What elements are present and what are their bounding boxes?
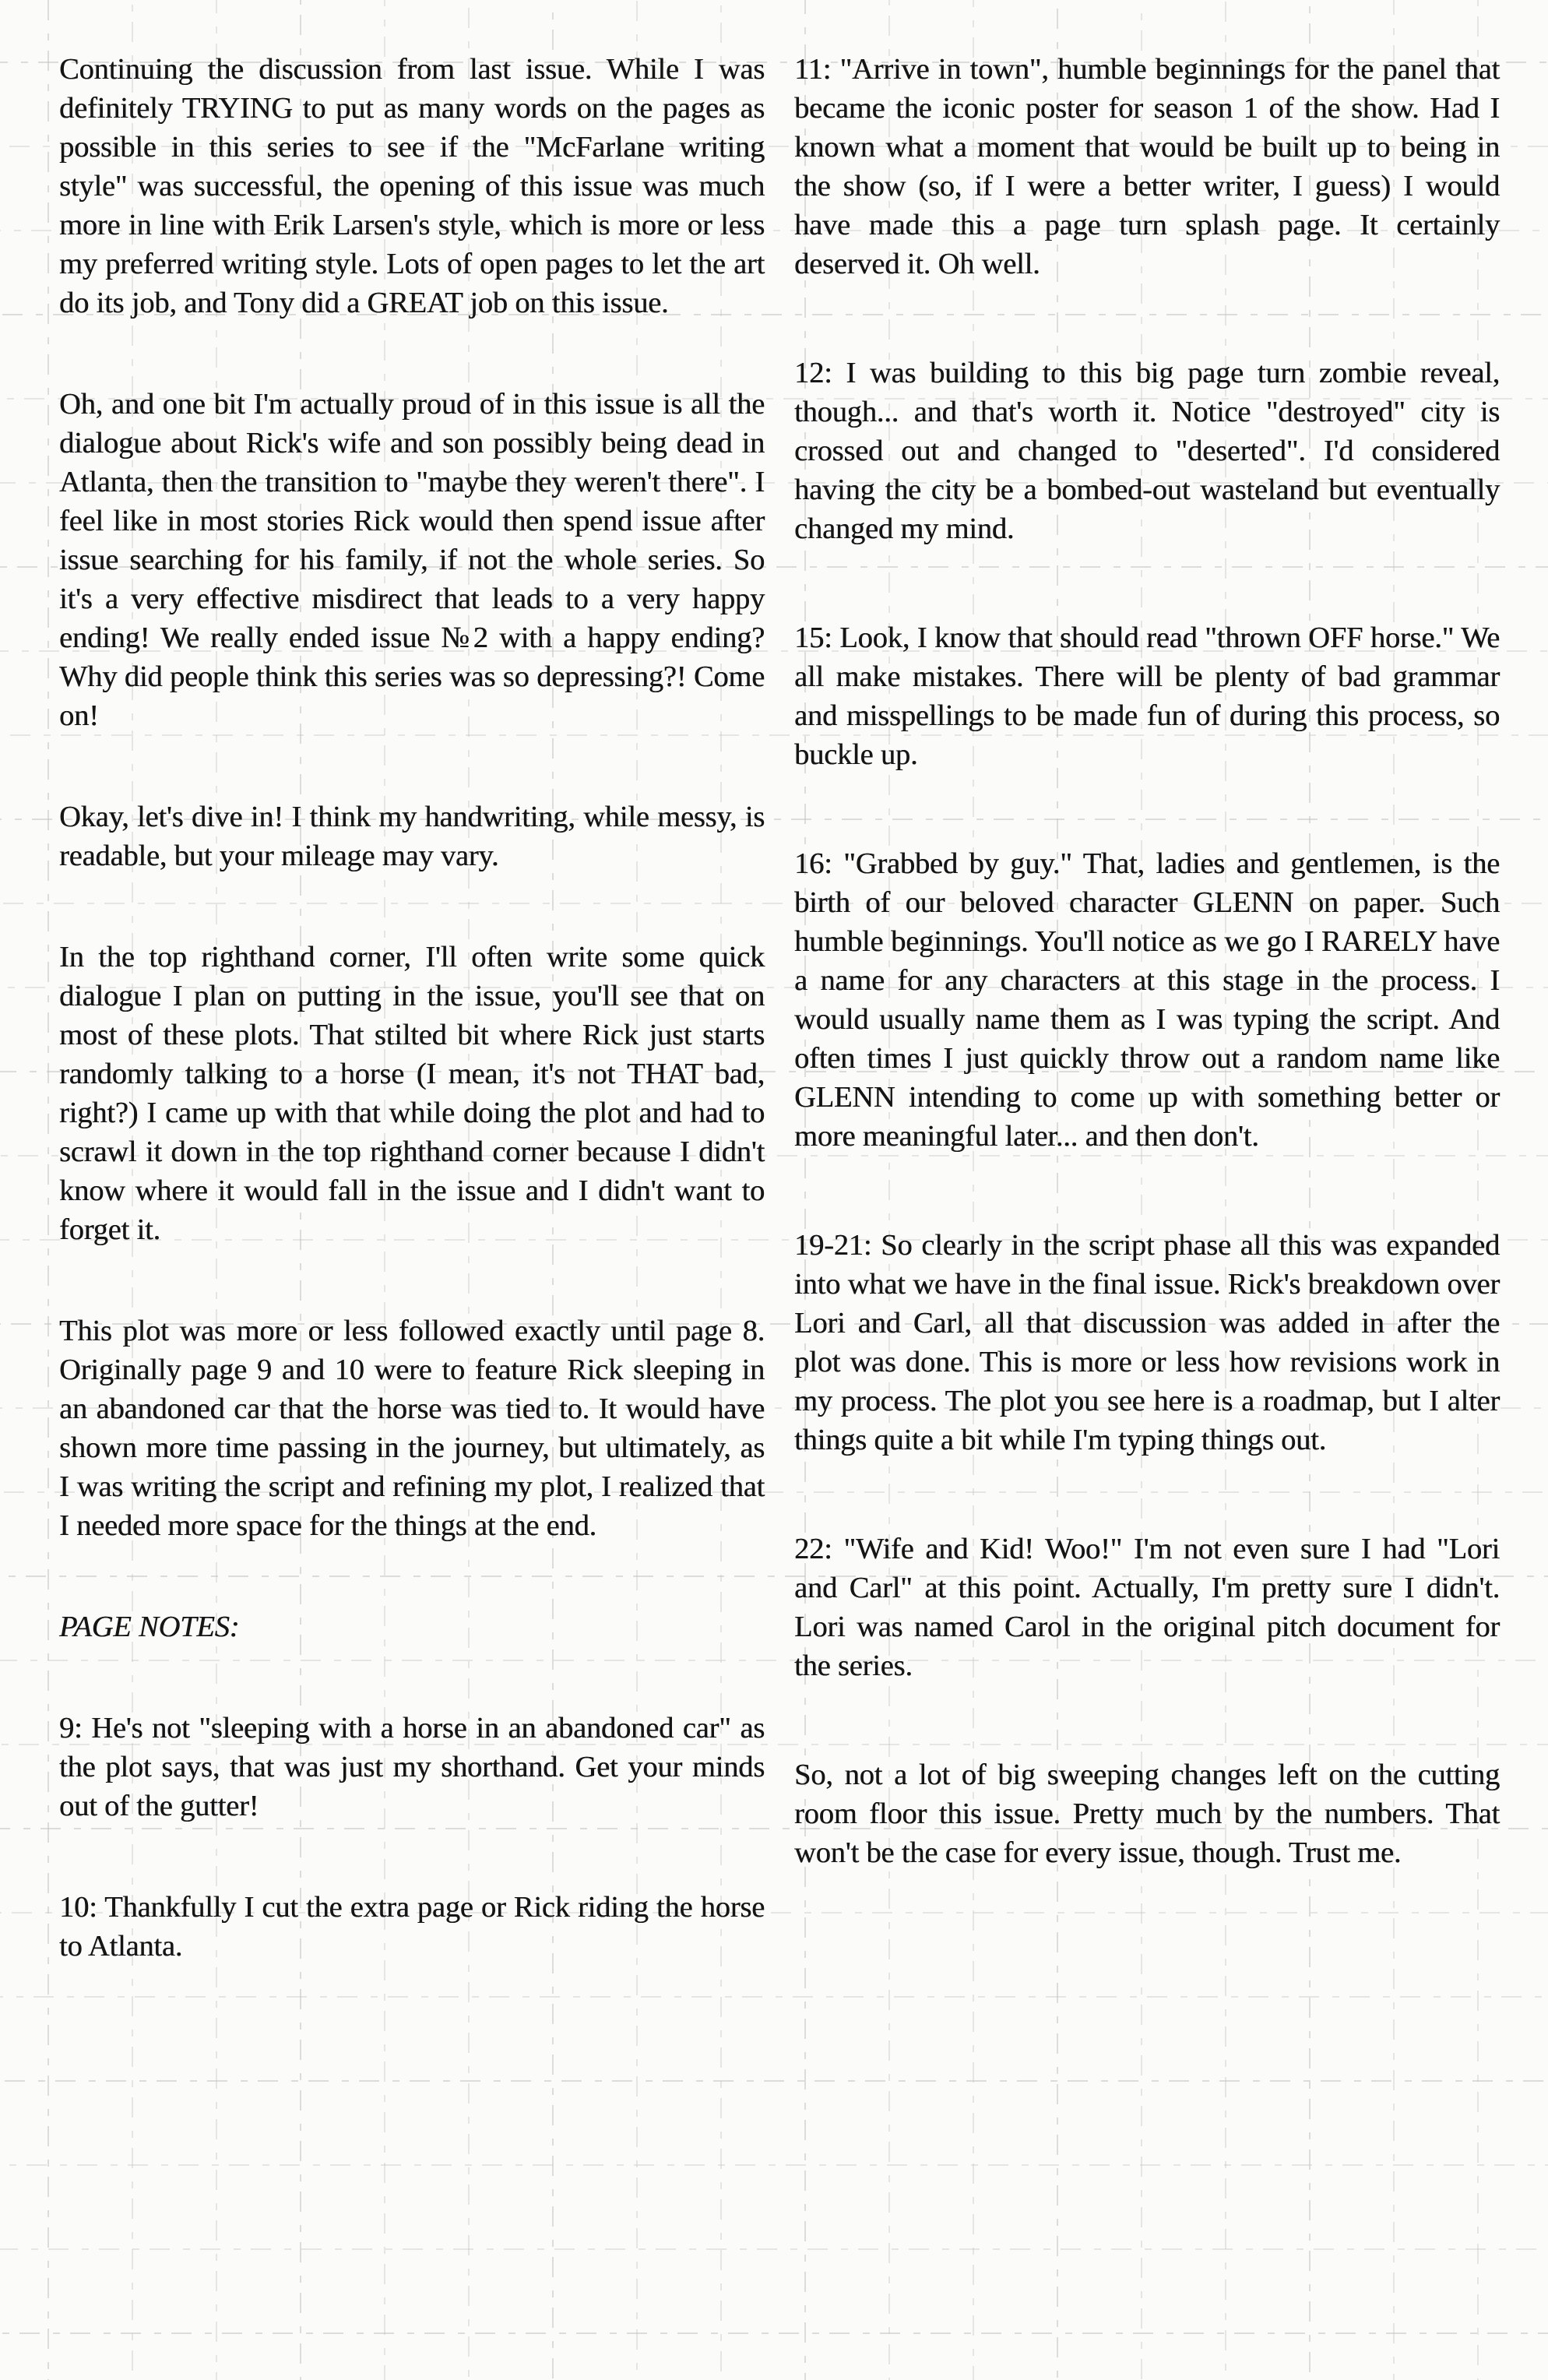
note-page-12: 12: I was building to this big page turn… bbox=[794, 354, 1500, 548]
note-page-9: 9: He's not "sleeping with a horse in an… bbox=[59, 1709, 765, 1825]
commentary-text-block: Continuing the discussion from last issu… bbox=[59, 50, 1500, 1966]
scanned-commentary-page: { "colors": { "background": "#fbfbf9", "… bbox=[0, 0, 1548, 2380]
paragraph-closing: So, not a lot of big sweeping changes le… bbox=[794, 1755, 1500, 1872]
note-page-10: 10: Thankfully I cut the extra page or R… bbox=[59, 1888, 765, 1966]
paragraph-dive-in: Okay, let's dive in! I think my handwrit… bbox=[59, 797, 765, 875]
paragraph-plot-followed: This plot was more or less followed exac… bbox=[59, 1311, 765, 1545]
note-page-16: 16: "Grabbed by guy." That, ladies and g… bbox=[794, 844, 1500, 1156]
note-pages-19-21: 19-21: So clearly in the script phase al… bbox=[794, 1226, 1500, 1459]
paragraph-corner-notes: In the top righthand corner, I'll often … bbox=[59, 938, 765, 1249]
page-notes-heading: PAGE NOTES: bbox=[59, 1607, 765, 1646]
note-page-15: 15: Look, I know that should read "throw… bbox=[794, 618, 1500, 774]
paragraph-intro: Continuing the discussion from last issu… bbox=[59, 50, 765, 322]
note-page-22: 22: "Wife and Kid! Woo!" I'm not even su… bbox=[794, 1530, 1500, 1685]
right-column: 11: "Arrive in town", humble beginnings … bbox=[794, 50, 1500, 1966]
paragraph-proud-bit: Oh, and one bit I'm actually proud of in… bbox=[59, 385, 765, 735]
left-column: Continuing the discussion from last issu… bbox=[59, 50, 765, 1966]
note-page-11: 11: "Arrive in town", humble beginnings … bbox=[794, 50, 1500, 283]
